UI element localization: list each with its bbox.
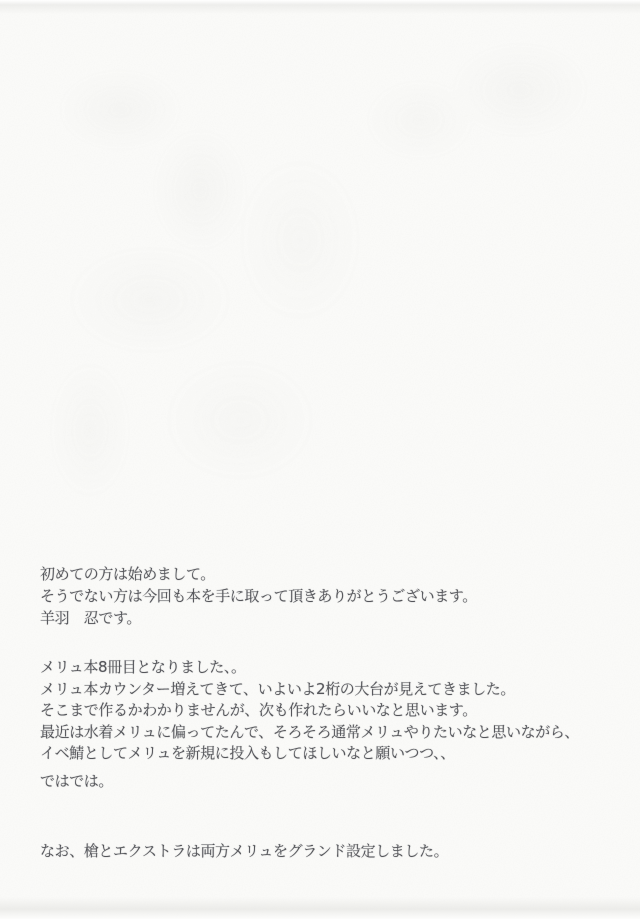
afterword-postscript-block: なお、槍とエクストラは両方メリュをグランド設定しました。 <box>40 841 448 862</box>
body-line-1: メリュ本8冊目となりました、。 <box>40 657 579 679</box>
closing-line: ではでは。 <box>40 770 113 792</box>
scan-bottom-edge-shadow <box>0 897 640 919</box>
postscript-line: なお、槍とエクストラは両方メリュをグランド設定しました。 <box>40 841 448 862</box>
body-line-2: メリュ本カウンター増えてきて、いよいよ2桁の大台が見えてきました。 <box>40 679 579 701</box>
page-bleedthrough-texture <box>0 0 640 560</box>
scan-top-edge-shadow <box>0 0 640 14</box>
body-line-5: イベ鯖としてメリュを新規に投入もしてほしいなと願いつつ、、 <box>40 743 579 765</box>
afterword-greeting-block: 初めての方は始めまして。 そうでない方は今回も本を手に取って頂きありがとうござい… <box>40 563 477 629</box>
scanned-page: 初めての方は始めまして。 そうでない方は今回も本を手に取って頂きありがとうござい… <box>0 0 640 919</box>
author-name-line: 羊羽 忍です。 <box>40 607 477 629</box>
body-line-3: そこまで作るかわかりませんが、次も作れたらいいなと思います。 <box>40 700 579 722</box>
afterword-body-block: メリュ本8冊目となりました、。 メリュ本カウンター増えてきて、いよいよ2桁の大台… <box>40 657 579 765</box>
body-line-4: 最近は水着メリュに偏ってたんで、そろそろ通常メリュやりたいなと思いながら、 <box>40 722 579 744</box>
greeting-line-1: 初めての方は始めまして。 <box>40 563 477 585</box>
greeting-line-2: そうでない方は今回も本を手に取って頂きありがとうございます。 <box>40 585 477 607</box>
afterword-closing-block: ではでは。 <box>40 770 113 792</box>
